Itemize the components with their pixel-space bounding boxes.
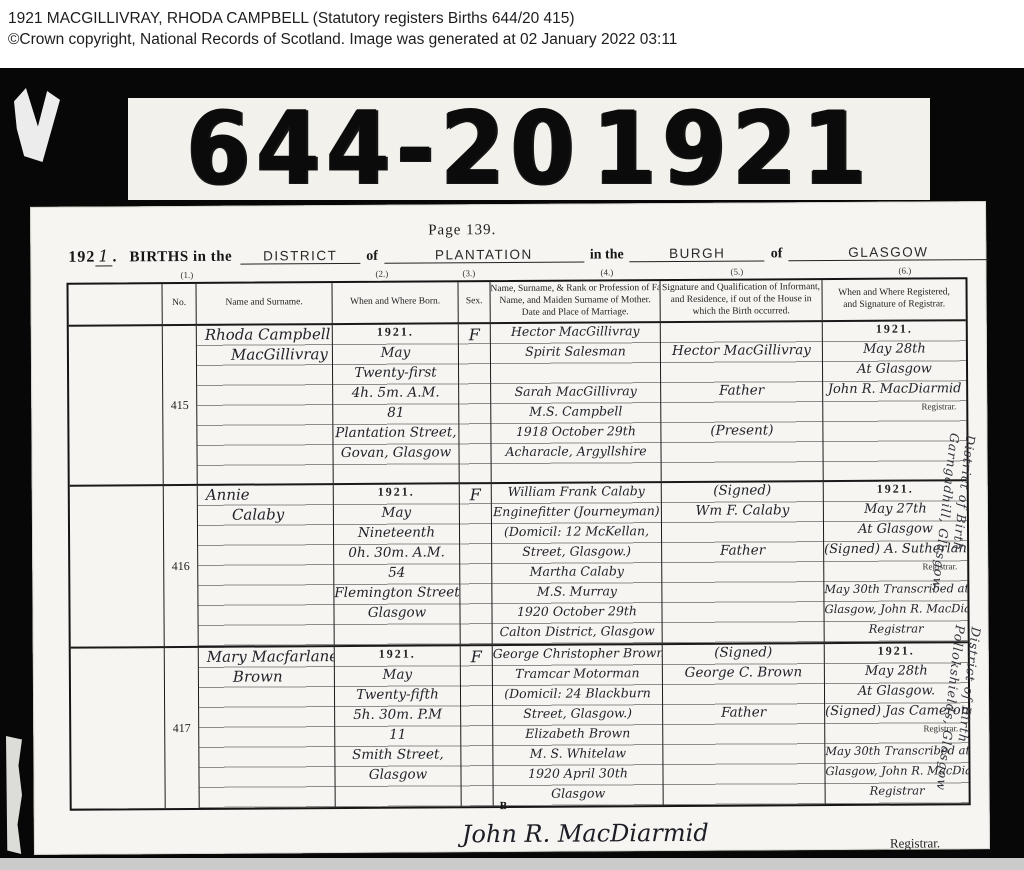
- signature-rule: [302, 850, 880, 855]
- stamp-reference-number: 644-20: [186, 94, 580, 204]
- entry-number: 416: [164, 486, 199, 648]
- born-cell: 1921.MayTwenty-first4h. 5m. A.M.81Planta…: [333, 324, 460, 485]
- image-caption: 1921 MACGILLIVRAY, RHODA CAMPBELL (Statu…: [0, 0, 1024, 68]
- caption-line-1: 1921 MACGILLIVRAY, RHODA CAMPBELL (Statu…: [8, 8, 1024, 29]
- name-cell: AnnieCalaby: [198, 485, 335, 648]
- title-year-handwritten: 1: [95, 246, 112, 266]
- informant-cell: (Signed)George C. Brown Father: [663, 644, 826, 805]
- title-footnote-6: (6.): [898, 266, 911, 276]
- entry-number: 415: [163, 326, 198, 486]
- born-cell: 1921.MayNineteenth0h. 30m. A.M.54Fleming…: [334, 484, 461, 647]
- title-burgh-name: GLASGOW: [788, 244, 988, 261]
- caption-line-2: ©Crown copyright, National Records of Sc…: [8, 29, 1024, 50]
- viewer-bottom-strip: [0, 858, 1024, 870]
- born-cell: 1921.MayTwenty-fifth5h. 30m. P.M11Smith …: [335, 646, 462, 807]
- title-district-name: PLANTATION: [384, 247, 584, 264]
- title-footnote-1: (1.): [180, 270, 193, 280]
- title-year: 1921.: [68, 248, 117, 265]
- name-cell: Mary MacfarlaneBrown: [199, 647, 336, 808]
- title-footnote-3: (3.): [462, 268, 475, 278]
- registrar-signature: John R. MacDiarmid: [462, 819, 709, 849]
- header-sex: Sex.: [458, 282, 490, 324]
- records-viewer-screen: 1921 MACGILLIVRAY, RHODA CAMPBELL (Statu…: [0, 0, 1024, 870]
- page-number: Page 139.: [428, 222, 496, 239]
- reference-stamp: 644-20 1921: [128, 98, 930, 200]
- margin-cell: [70, 486, 165, 649]
- register-page: Page 139. 1921. BIRTHS in the DISTRICT o…: [30, 201, 990, 855]
- parents-cell: Hector MacGillivraySpirit Salesman Sarah…: [491, 323, 662, 484]
- name-cell: Rhoda CampbellMacGillivray: [197, 325, 334, 486]
- sex-cell: F: [461, 646, 494, 806]
- header-parents: Name, Surname, & Rank or Profession of F…: [490, 281, 660, 324]
- sex-cell: F: [460, 484, 493, 646]
- title-in-the: in the: [588, 247, 626, 262]
- title-district-value: DISTRICT: [240, 248, 360, 265]
- sex-cell: F: [459, 324, 492, 484]
- register-title: 1921. BIRTHS in the DISTRICT of PLANTATI…: [68, 241, 968, 282]
- parents-cell: George Christopher BrownTramcar Motorman…: [493, 645, 664, 806]
- title-of-1: of: [364, 249, 380, 264]
- header-margin-cell: [69, 284, 163, 327]
- title-births-label: BIRTHS in the: [121, 249, 236, 266]
- register-scan-image[interactable]: 644-20 1921 Page 139. 1921. BIRTHS in th…: [0, 68, 1024, 858]
- header-informant: Signature and Qualification of Informant…: [660, 280, 822, 323]
- header-name: Name and Surname.: [197, 283, 333, 326]
- print-mark-b: B: [500, 800, 507, 812]
- title-burgh-value: BURGH: [630, 245, 765, 262]
- page-edge-sliver: [6, 736, 22, 854]
- header-no: No.: [163, 284, 197, 326]
- register-table: No. Name and Surname. When and Where Bor…: [66, 277, 970, 810]
- informant-cell: Hector MacGillivray Father (Present): [661, 322, 824, 483]
- stamp-year: 1921: [592, 94, 872, 204]
- margin-cell: [71, 648, 166, 809]
- title-of-2: of: [769, 246, 785, 261]
- margin-cell: [69, 326, 164, 487]
- informant-cell: (Signed)Wm F. Calaby Father: [662, 482, 825, 645]
- title-footnote-2: (2.): [375, 269, 388, 279]
- entry-number: 417: [165, 648, 200, 808]
- film-tear-mark: [14, 88, 60, 162]
- title-footnote-4: (4.): [600, 267, 613, 277]
- title-footnote-5: (5.): [730, 267, 743, 277]
- header-registered: When and Where Registered,and Signature …: [822, 279, 965, 322]
- header-born: When and Where Born.: [333, 282, 459, 325]
- parents-cell: William Frank CalabyEnginefitter (Journe…: [492, 483, 663, 646]
